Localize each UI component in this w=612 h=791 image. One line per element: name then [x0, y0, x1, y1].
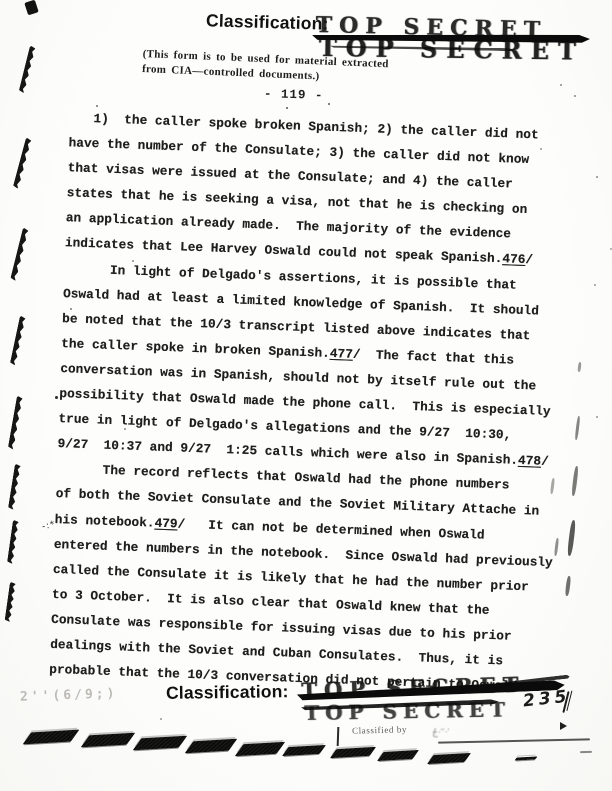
footnote-ref: 476 [502, 252, 526, 268]
faint-date-stamp: 2''(6/9;) [20, 686, 118, 704]
binding-mark [4, 582, 16, 622]
redaction-mark [235, 741, 285, 755]
redaction-mark [185, 738, 238, 753]
binding-mark [7, 520, 19, 564]
document-body: 1) the caller spoke broken Spanish; 2) t… [43, 105, 604, 702]
binding-mark [10, 227, 29, 281]
footnote-ref: 479 [154, 515, 178, 531]
small-arrow-mark [560, 722, 567, 730]
redaction-mark-small [514, 756, 537, 760]
binding-mark [18, 45, 35, 93]
redaction-mark [282, 744, 326, 755]
body-text-segment: / The fact that this [353, 347, 515, 368]
classified-by-note: Classified by [352, 724, 407, 735]
classified-by-line [438, 738, 590, 743]
binding-mark [8, 395, 23, 449]
redaction-mark [133, 735, 188, 750]
body-text-segment: / [541, 454, 549, 469]
paper-speckles [96, 105, 98, 107]
binding-mark [8, 464, 21, 510]
footer-tick-mark [337, 727, 339, 746]
footnote-ref: 478 [518, 453, 542, 469]
redaction-mark [81, 733, 136, 748]
body-text-segment: his notebook. [55, 511, 155, 530]
binding-mark [13, 137, 32, 189]
stray-dash-right [580, 751, 592, 753]
redaction-mark [427, 753, 471, 764]
scanned-document-page: Classification: TOP SECRET TOP SECRET (T… [0, 0, 612, 791]
redaction-mark [377, 750, 419, 761]
binding-mark [10, 315, 26, 365]
classification-label-top: Classification: [206, 10, 329, 34]
footnote-ref: 477 [330, 346, 354, 362]
body-text-segment: / [525, 252, 533, 267]
classification-label-bottom: Classification: [166, 681, 289, 704]
stray-dot [55, 396, 58, 399]
page-number: - 119 - [264, 87, 324, 103]
redaction-mark [330, 747, 376, 758]
classified-by-scribble: جُ·′′⋅′ [432, 727, 450, 738]
corner-mark [24, 0, 38, 15]
redaction-mark [23, 730, 80, 745]
